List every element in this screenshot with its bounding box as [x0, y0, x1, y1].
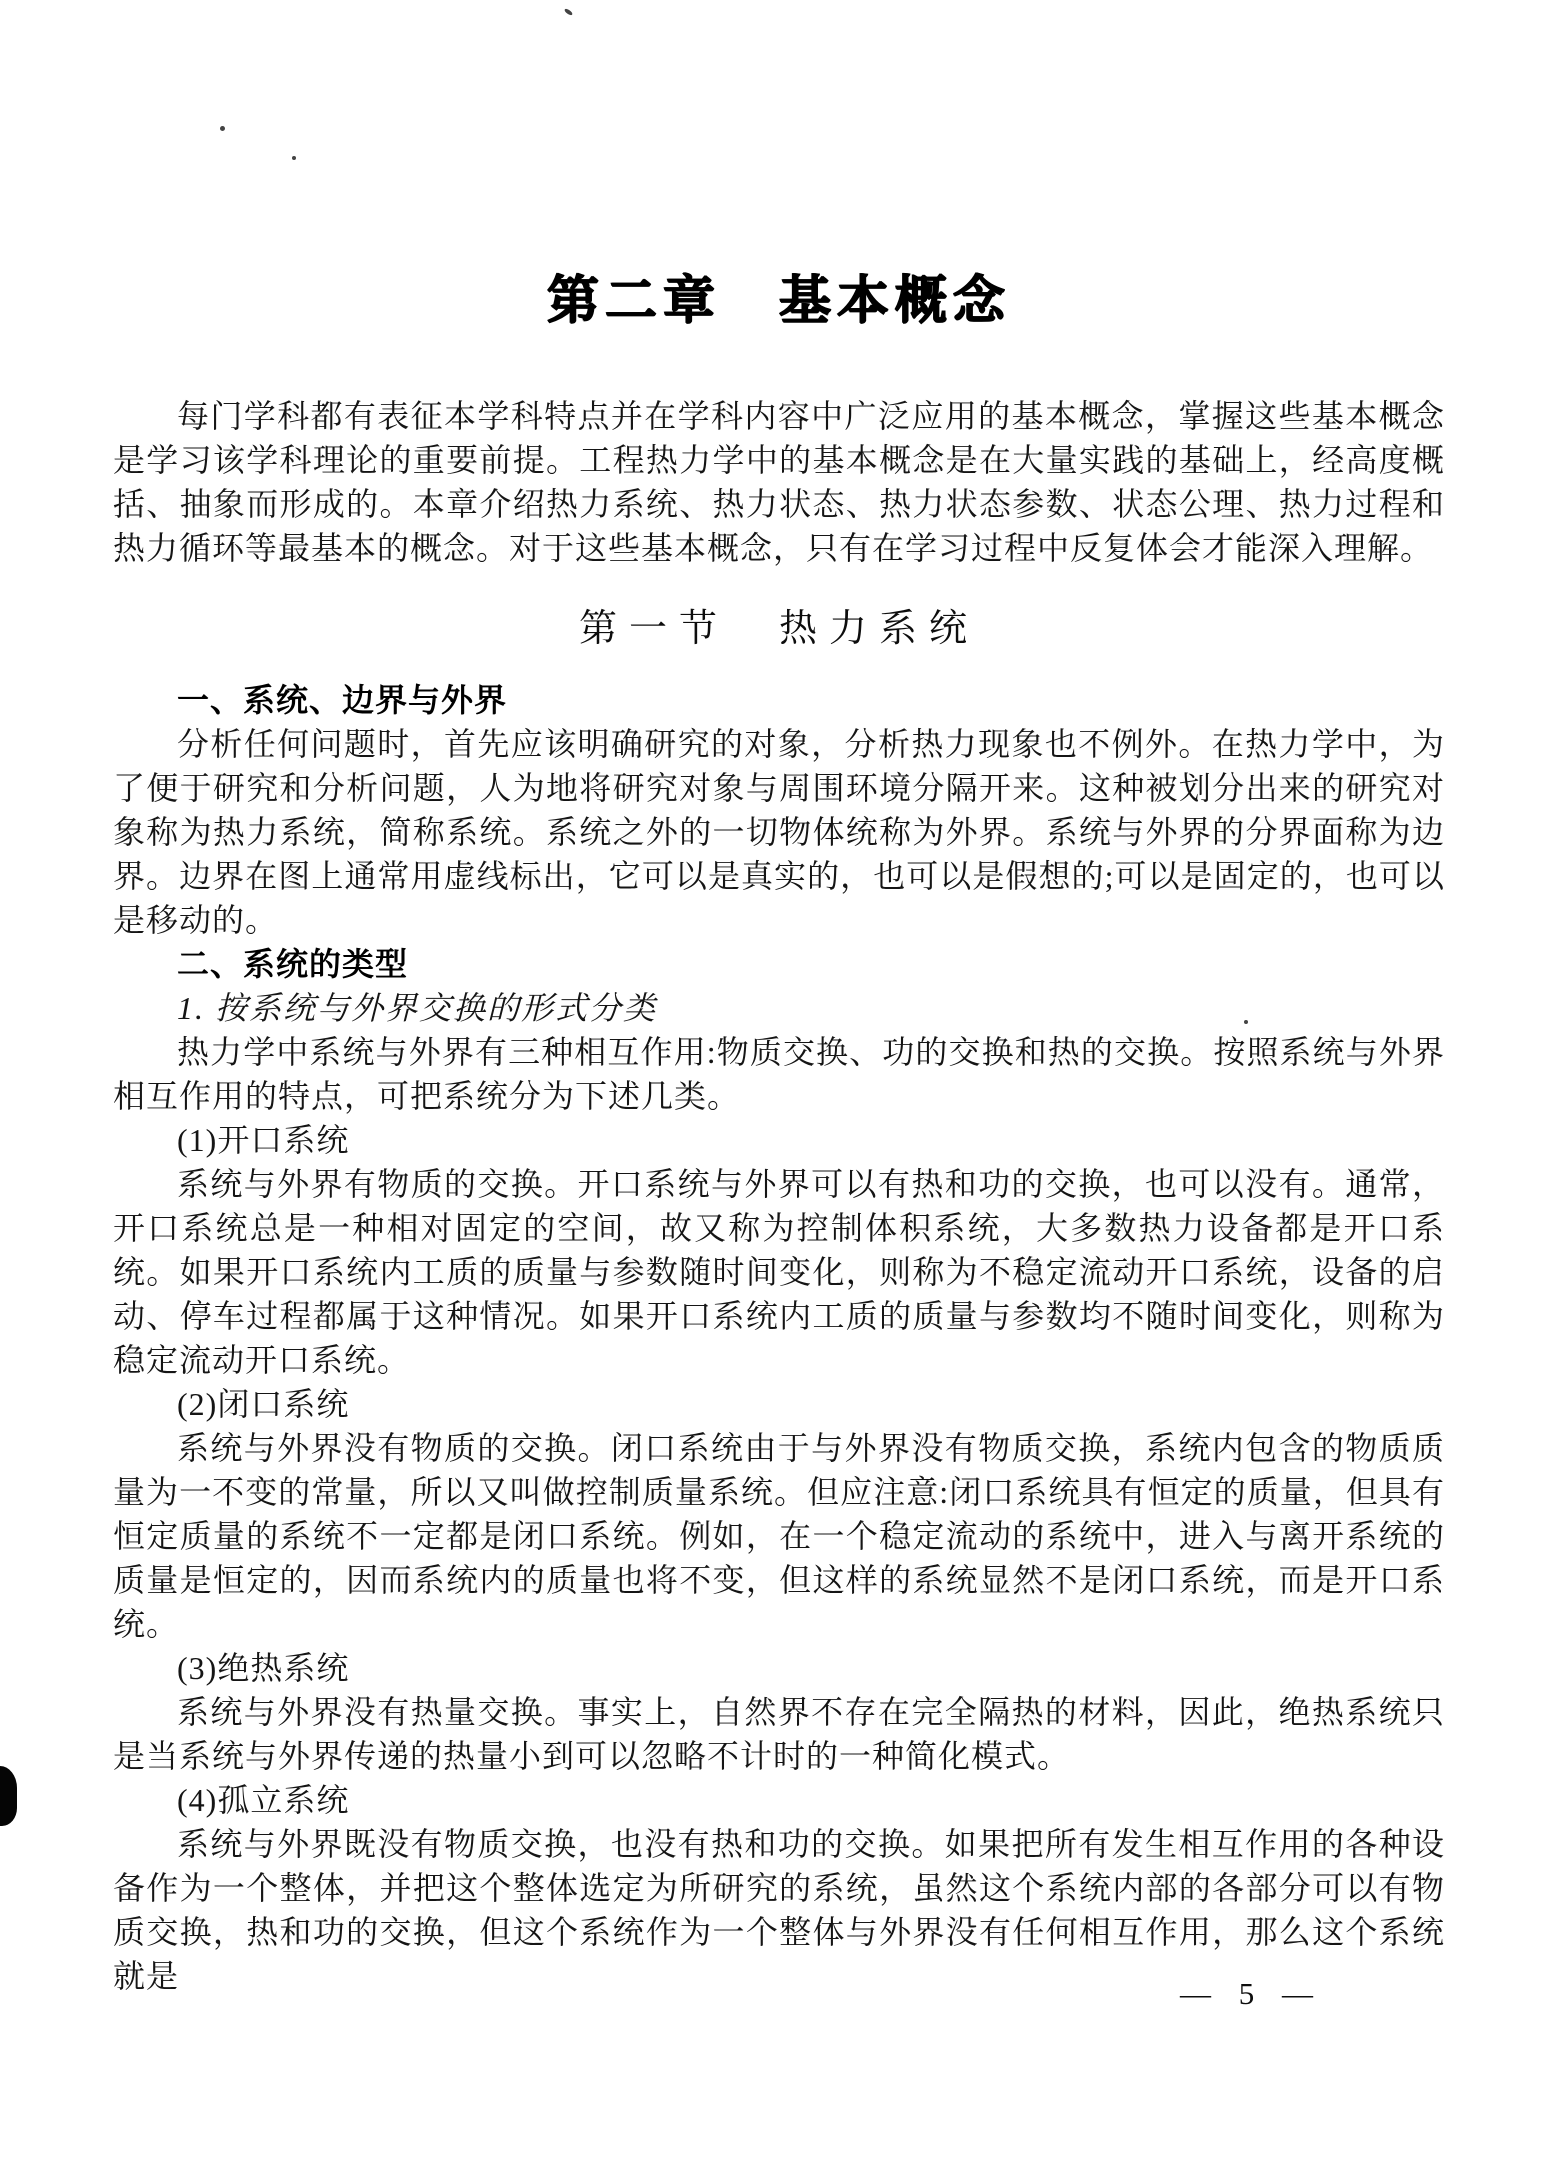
subsection-heading-system-boundary: 一、系统、边界与外界 — [113, 678, 1445, 722]
scanned-book-page: { "document": { "chapter_title": "第二章 基本… — [0, 0, 1555, 2178]
paragraph-isolated-system: 系统与外界既没有物质交换，也没有热和功的交换。如果把所有发生相互作用的各种设备作… — [113, 1822, 1445, 1998]
subsection-heading-system-types: 二、系统的类型 — [113, 942, 1445, 986]
item-heading-isolated-system: (4)孤立系统 — [113, 1778, 1445, 1822]
classification-heading: 1. 按系统与外界交换的形式分类 — [113, 986, 1445, 1030]
chapter-title: 第二章 基本概念 — [113, 272, 1445, 330]
paragraph-system-boundary: 分析任何问题时，首先应该明确研究的对象，分析热力现象也不例外。在热力学中，为了便… — [113, 722, 1445, 942]
paragraph-open-system: 系统与外界有物质的交换。开口系统与外界可以有热和功的交换，也可以没有。通常，开口… — [113, 1162, 1445, 1382]
item-heading-closed-system: (2)闭口系统 — [113, 1382, 1445, 1426]
intro-paragraph: 每门学科都有表征本学科特点并在学科内容中广泛应用的基本概念，掌握这些基本概念是学… — [113, 394, 1445, 570]
paragraph-classification-intro: 热力学中系统与外界有三种相互作用:物质交换、功的交换和热的交换。按照系统与外界相… — [113, 1030, 1445, 1118]
paragraph-closed-system: 系统与外界没有物质的交换。闭口系统由于与外界没有物质交换，系统内包含的物质质量为… — [113, 1426, 1445, 1646]
section-title: 第一节 热力系统 — [113, 604, 1445, 654]
item-heading-open-system: (1)开口系统 — [113, 1118, 1445, 1162]
page-number: — 5 — — [1180, 1976, 1323, 2012]
ink-blot-artifact — [0, 1766, 17, 1826]
page-content: 第二章 基本概念 每门学科都有表征本学科特点并在学科内容中广泛应用的基本概念，掌… — [113, 0, 1445, 1998]
paragraph-adiabatic-system: 系统与外界没有热量交换。事实上，自然界不存在完全隔热的材料，因此，绝热系统只是当… — [113, 1690, 1445, 1778]
item-heading-adiabatic-system: (3)绝热系统 — [113, 1646, 1445, 1690]
